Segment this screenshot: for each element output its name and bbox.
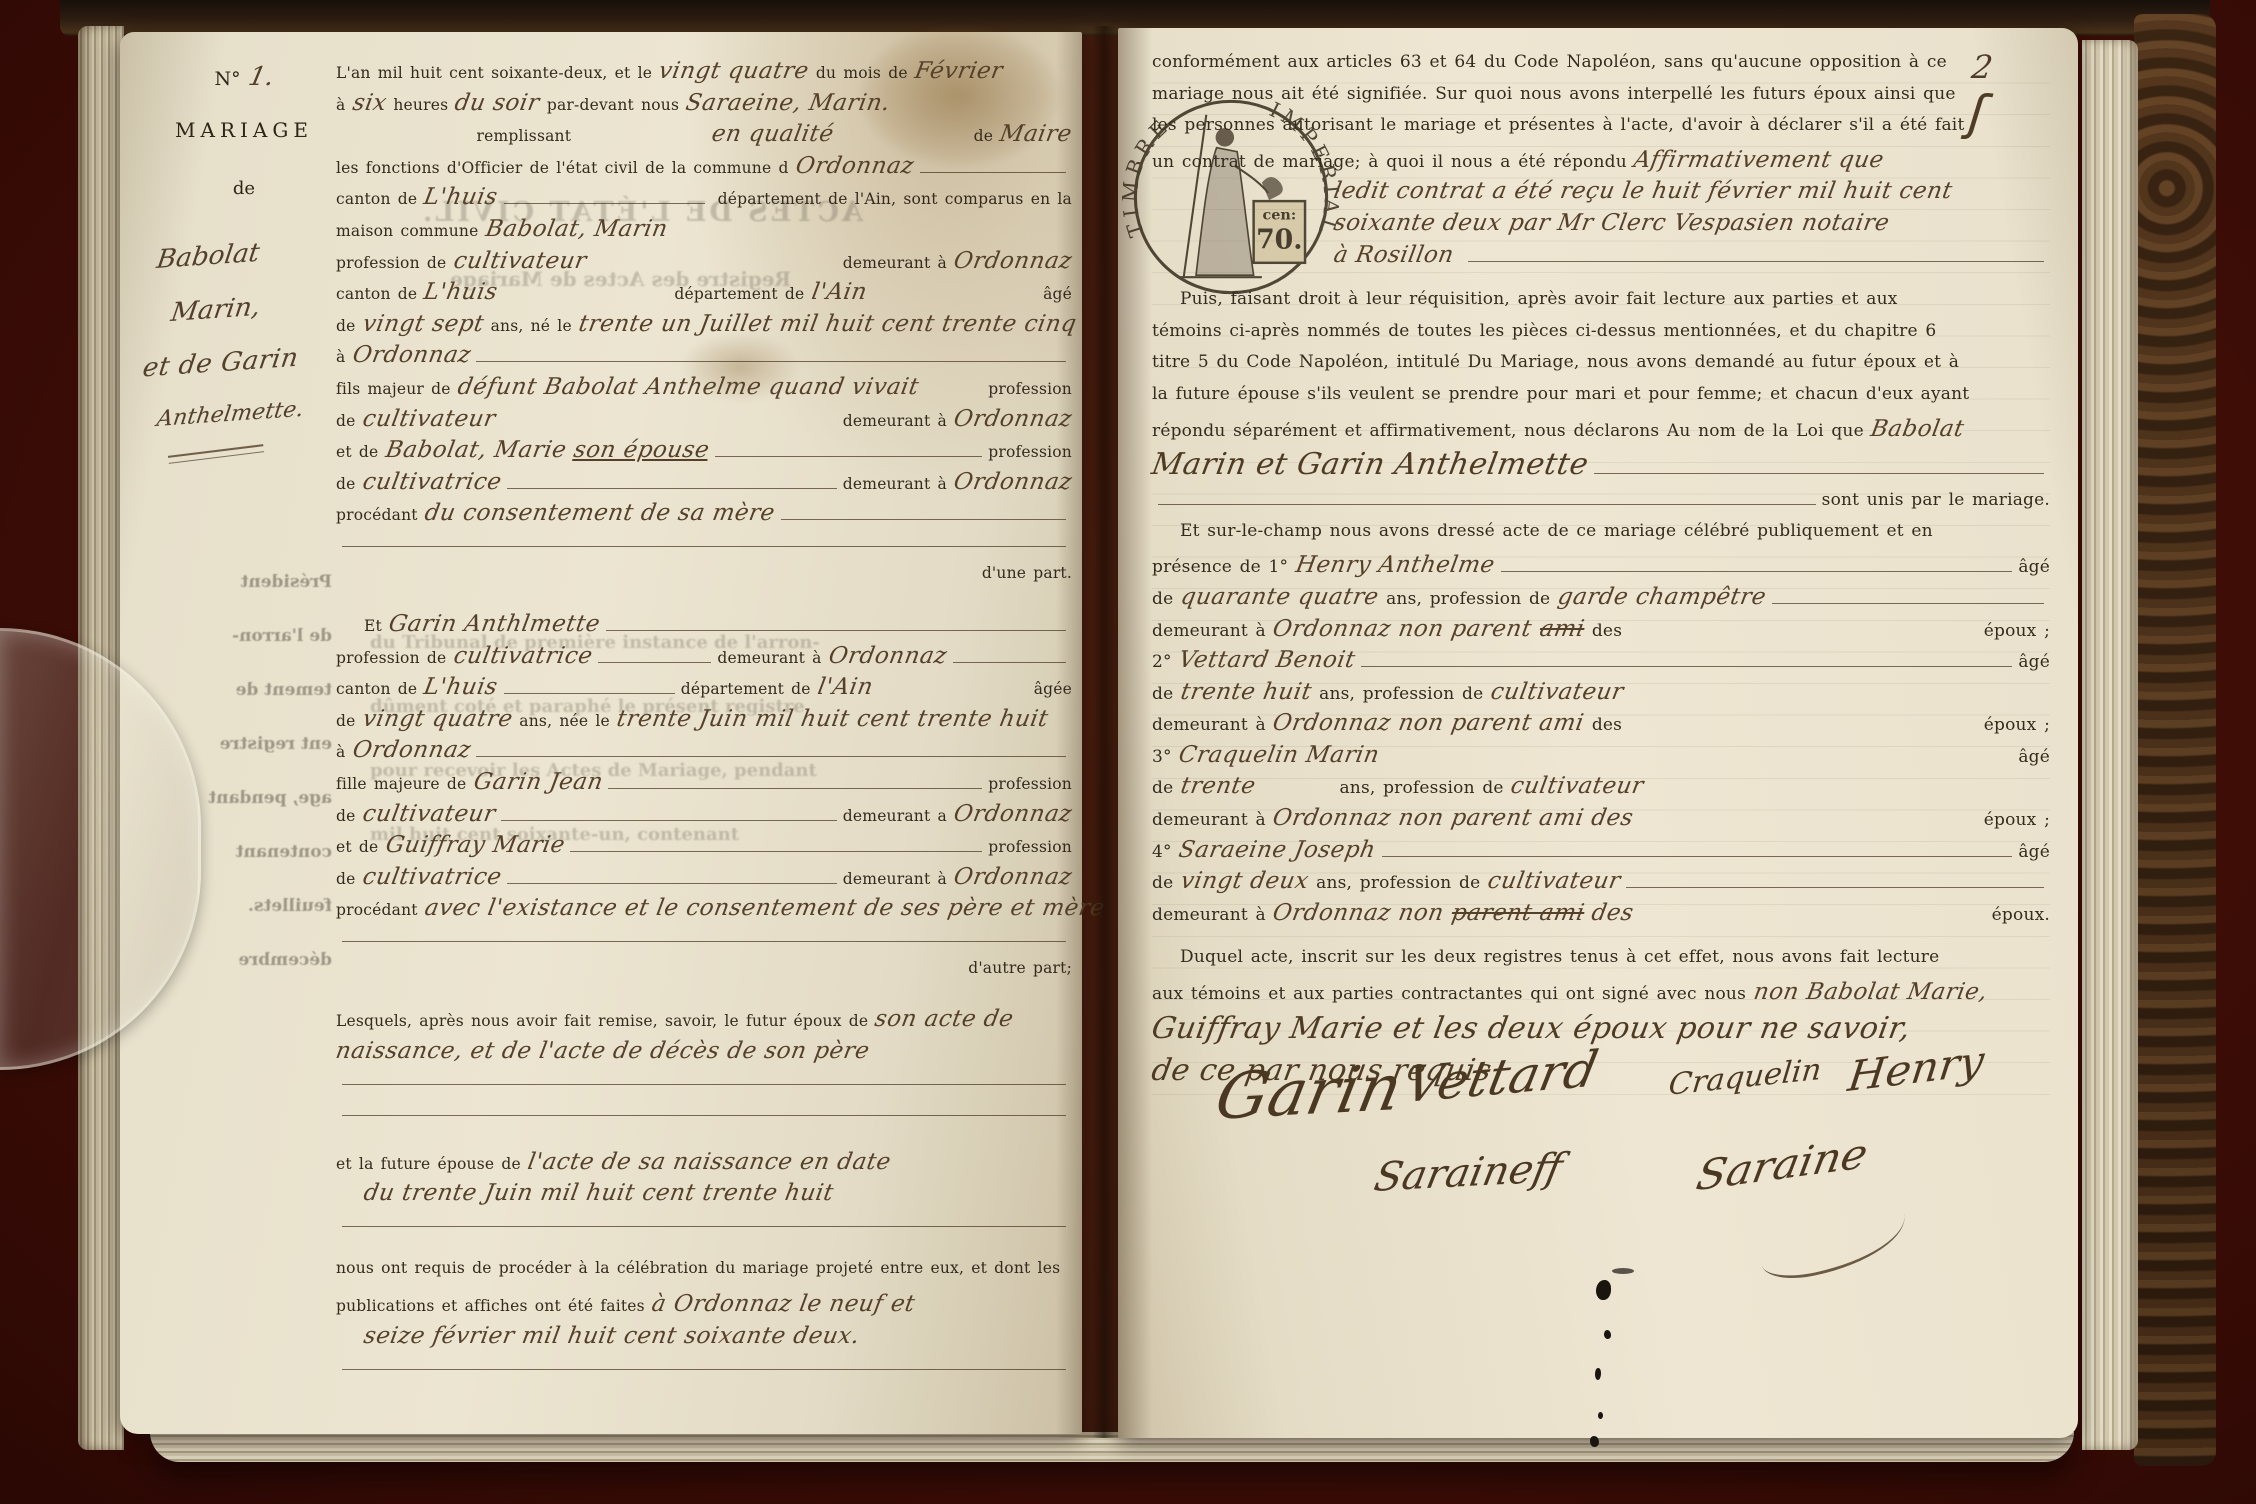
printed-text: demeurant à (843, 475, 954, 493)
signature-saraine: Saraine (1693, 1129, 1872, 1200)
printed-text: époux ; (1984, 715, 2050, 735)
handwritten-text: défunt Babolat Anthelme quand vivait (456, 374, 921, 400)
ink-rule (342, 1069, 1066, 1084)
handwritten-text: parent ami (1450, 900, 1587, 926)
text-line: à Rosillon (1152, 242, 2050, 274)
printed-text: 2° (1152, 652, 1179, 672)
handwritten-text: soixante deux par Mr Clerc Vespasien not… (1332, 210, 1892, 236)
printed-text: de (1152, 684, 1181, 704)
handwritten-text: Ordonnaz (793, 153, 915, 179)
margin-name: Babolat (155, 233, 333, 275)
ink-rule (1772, 589, 2044, 604)
printed-text: département de (674, 285, 811, 303)
ink-rule (507, 868, 837, 883)
margin-column: N° 1. MARIAGE de Babolat Marin, et de Ga… (158, 62, 330, 458)
text-line: Et Garin Anthlmette (336, 611, 1072, 643)
ink-rule (781, 505, 1066, 520)
printed-text: fille majeure de (336, 775, 474, 793)
text-line: de trenteans, profession de cultivateur (1152, 773, 2050, 805)
text-line: profession de cultivatricedemeurant à Or… (336, 643, 1072, 675)
act-title-preposition: de (158, 178, 330, 199)
handwritten-text: Marin et Garin Anthelmette (1149, 447, 1591, 482)
text-line: Lesquels, après nous avoir fait remise, … (336, 1006, 1072, 1038)
printed-text: de (336, 807, 363, 825)
text-line: maison commune Babolat, Marin (336, 216, 1072, 248)
printed-text: témoins ci-après nommés de toutes les pi… (1152, 321, 1936, 341)
signature-flourish (1753, 1193, 1913, 1286)
ink-rule (570, 837, 982, 852)
text-line: et la future épouse de l'acte de sa nais… (336, 1149, 1072, 1181)
printed-text: demeurant à (1152, 715, 1273, 735)
right-page-text: conformément aux articles 63 et 64 du Co… (1152, 52, 2050, 1095)
printed-text: demeurant à (1152, 621, 1273, 641)
printed-text: ans, profession de (1339, 778, 1511, 798)
printed-text: âgé (2018, 652, 2050, 672)
handwritten-text: à Rosillon (1332, 242, 1464, 268)
printed-text: des (1584, 715, 1622, 735)
handwritten-text: cultivatrice (451, 643, 594, 669)
handwritten-text: Henry Anthelme (1294, 552, 1497, 578)
margin-name: Anthelmette. (155, 395, 333, 432)
handwritten-text: Affirmativement que (1632, 147, 1886, 173)
ink-rule (476, 347, 1066, 362)
printed-text: âgé (2018, 842, 2050, 862)
printed-text: fils majeur de (336, 380, 458, 398)
printed-text: et de (336, 443, 386, 461)
text-line: présence de 1° Henry Anthelmeâgé (1152, 552, 2050, 584)
ink-rule (608, 774, 982, 789)
handwritten-text: Ordonnaz non parent ami (1271, 710, 1586, 736)
ink-blot (1598, 1412, 1603, 1419)
text-line: procédant du consentement de sa mère (336, 500, 1072, 532)
text-line: demeurant à Ordonnaz non parent ami desé… (1152, 900, 2050, 932)
text-line: d'une part. (336, 564, 1072, 596)
printed-text: titre 5 du Code Napoléon, intitulé Du Ma… (1152, 352, 1959, 372)
printed-text: époux ; (1984, 810, 2050, 830)
text-line: Duquel acte, inscrit sur les deux regist… (1152, 947, 2050, 979)
printed-text: aux témoins et aux parties contractantes… (1152, 984, 1754, 1004)
handwritten-text: cultivateur (1509, 773, 1646, 799)
printed-text: profession (988, 775, 1072, 793)
printed-text: profession (988, 443, 1072, 461)
handwritten-text: Craquelin Marin (1177, 742, 1382, 768)
handwritten-text: l'Ain (816, 674, 876, 700)
text-line: conformément aux articles 63 et 64 du Co… (1152, 52, 2050, 84)
text-line: soixante deux par Mr Clerc Vespasien not… (1152, 210, 2050, 242)
printed-text: Duquel acte, inscrit sur les deux regist… (1180, 947, 1939, 967)
printed-text: de (1152, 873, 1181, 893)
handwritten-text: Ordonnaz non (1271, 900, 1454, 926)
flourish (168, 444, 264, 464)
text-line: sont unis par le mariage. (1152, 489, 2050, 521)
text-line (336, 927, 1072, 959)
printed-text: canton de (336, 680, 424, 698)
handwritten-text: vingt quatre (657, 58, 811, 84)
text-line (336, 1354, 1072, 1386)
text-line: et de Babolat, Marie son épouseprofessio… (336, 437, 1072, 469)
printed-text: un contrat de mariage; à quoi il nous a … (1152, 152, 1634, 172)
handwritten-text: Ordonnaz non parent ami des (1271, 805, 1636, 831)
text-line (336, 1101, 1072, 1133)
text-line: titre 5 du Code Napoléon, intitulé Du Ma… (1152, 352, 2050, 384)
text-line: naissance, et de l'acte de décès de son … (336, 1038, 1072, 1070)
ink-rule (476, 742, 1066, 757)
handwritten-text: avec l'existance et le consentement de s… (423, 895, 1107, 921)
signature-saraineff: Saraineff (1370, 1145, 1566, 1201)
handwritten-text: Maire (998, 121, 1074, 147)
handwritten-text: cultivateur (1489, 679, 1626, 705)
handwritten-text: Ordonnaz (952, 469, 1074, 495)
text-line: de cultivateurdemeurant à Ordonnaz (336, 406, 1072, 438)
handwritten-text: Février (913, 58, 1005, 84)
printed-text: Et sur-le-champ nous avons dressé acte d… (1180, 521, 1933, 541)
margin-name: Marin, (155, 287, 333, 329)
handwritten-text: cultivatrice (360, 469, 503, 495)
printed-text: demeurant à (843, 254, 954, 272)
printed-text: demeurant a (843, 807, 954, 825)
printed-text: la future épouse s'ils veulent se prendr… (1152, 384, 1969, 404)
handwritten-text: L'huis (422, 674, 500, 700)
printed-text: du mois de (809, 64, 915, 82)
text-line: d'autre part; (336, 959, 1072, 991)
ink-rule (715, 442, 982, 457)
handwritten-text: Babolat (1869, 416, 1967, 442)
handwritten-text: Babolat, Marin (483, 216, 669, 242)
handwritten-text: l'acte de sa naissance en date (526, 1149, 893, 1175)
printed-text: de (336, 412, 363, 430)
ink-rule (1468, 246, 2044, 261)
text-line: à Ordonnaz (336, 342, 1072, 374)
text-line: répondu séparément et affirmativement, n… (1152, 416, 2050, 448)
ink-rule (920, 157, 1066, 172)
text-line: demeurant à Ordonnaz non parent ami desé… (1152, 616, 2050, 648)
text-line: Et sur-le-champ nous avons dressé acte d… (1152, 521, 2050, 553)
printed-text: de (974, 127, 1001, 145)
register-photo: ACTES DE L'ÉTAT CIVIL.Registre des Actes… (0, 0, 2256, 1504)
text-line: les personnes autorisant le mariage et p… (1152, 115, 2050, 147)
text-line: de vingt deux ans, profession de cultiva… (1152, 868, 2050, 900)
text-line: fille majeure de Garin Jeanprofession (336, 769, 1072, 801)
handwritten-text: naissance, et de l'acte de décès de son … (334, 1038, 872, 1064)
printed-text: demeurant à (1152, 905, 1273, 925)
printed-text: remplissant (476, 127, 571, 145)
signature-garin: Garin (1210, 1051, 1408, 1134)
handwritten-text: quarante quatre (1179, 584, 1381, 610)
handwritten-text: son épouse (571, 437, 711, 463)
left-page-text: L'an mil huit cent soixante-deux, et le … (336, 58, 1072, 1386)
text-line: de cultivatricedemeurant à Ordonnaz (336, 469, 1072, 501)
printed-text: à (336, 348, 353, 366)
text-line: 3° Craquelin Marinâgé (1152, 742, 2050, 774)
text-line (336, 1212, 1072, 1244)
ink-rule (342, 1354, 1066, 1369)
printed-text: ans, profession de (1378, 589, 1557, 609)
ink-rule (1501, 557, 2013, 572)
text-line: de cultivateurdemeurant a Ordonnaz (336, 801, 1072, 833)
handwritten-text: Ordonnaz (952, 248, 1074, 274)
printed-text: publications et affiches ont été faites (336, 1297, 652, 1315)
handwritten-text: du consentement de sa mère (423, 500, 777, 526)
printed-text: 3° (1152, 747, 1179, 767)
printed-text: procédant (336, 506, 425, 524)
printed-text: 4° (1152, 842, 1179, 862)
printed-text: maison commune (336, 222, 486, 240)
printed-text: procédant (336, 901, 425, 919)
printed-text: à (336, 743, 353, 761)
printed-text: âgé (2018, 557, 2050, 577)
handwritten-text: cultivateur (360, 406, 497, 432)
text-line: 2° Vettard Benoitâgé (1152, 647, 2050, 679)
printed-text: profession (988, 380, 1072, 398)
handwritten-text: Ordonnaz (952, 406, 1074, 432)
printed-text: canton de (336, 190, 424, 208)
printed-text: de (1152, 778, 1181, 798)
printed-text: département de l'Ain, sont comparus en l… (711, 190, 1073, 208)
printed-text: département de (681, 680, 818, 698)
printed-text: ans, profession de (1309, 873, 1488, 893)
text-line: publications et affiches ont été faites … (336, 1291, 1072, 1323)
printed-text: ans, profession de (1312, 684, 1491, 704)
printed-text: des (1584, 621, 1622, 641)
ink-rule (1361, 652, 2012, 667)
text-line: canton de L'huis département de l'Ain, s… (336, 184, 1072, 216)
printed-text: à (336, 96, 353, 114)
text-line: 4° Saraeine Josephâgé (1152, 837, 2050, 869)
ink-rule (1158, 489, 1816, 504)
handwritten-text: en qualité (709, 121, 835, 147)
printed-text: profession de (336, 254, 454, 272)
printed-text: mariage nous ait été signifiée. Sur quoi… (1152, 84, 1956, 104)
text-line: aux témoins et aux parties contractantes… (1152, 979, 2050, 1011)
printed-text: de (336, 870, 363, 888)
left-page: ACTES DE L'ÉTAT CIVIL.Registre des Actes… (120, 32, 1082, 1434)
printed-text: époux ; (1984, 621, 2050, 641)
handwritten-text: trente Juin mil huit cent trente huit (615, 706, 1051, 732)
printed-text: heures (386, 96, 455, 114)
handwritten-text: du trente Juin mil huit cent trente huit (362, 1180, 836, 1206)
text-line: de trente huit ans, profession de cultiv… (1152, 679, 2050, 711)
handwritten-text: ledit contrat a été reçu le huit février… (1332, 178, 1955, 204)
ink-blot (1604, 1330, 1611, 1339)
printed-text: ans, né le (483, 317, 579, 335)
handwritten-text: cultivatrice (360, 864, 503, 890)
printed-text: et la future épouse de (336, 1155, 528, 1173)
printed-text: Et (364, 617, 389, 635)
ink-rule (501, 805, 837, 820)
ink-rule (1626, 873, 2044, 888)
ink-rule (342, 1212, 1066, 1227)
printed-text: âgé (2018, 747, 2050, 767)
act-title: MARIAGE (158, 118, 330, 142)
handwritten-text: cultivateur (360, 801, 497, 827)
text-line (336, 532, 1072, 564)
printed-text: conformément aux articles 63 et 64 du Co… (1152, 52, 1947, 72)
handwritten-text: trente (1179, 773, 1258, 799)
printed-text: Lesquels, après nous avoir fait remise, … (336, 1012, 875, 1030)
bleed-through-word: tement de (146, 680, 332, 700)
text-line: et de Guiffray Marieprofession (336, 832, 1072, 864)
ink-rule (606, 616, 1066, 631)
handwritten-text: son acte de (873, 1006, 1016, 1032)
text-line: les fonctions d'Officier de l'état civil… (336, 153, 1072, 185)
text-line: nous ont requis de procéder à la célébra… (336, 1259, 1072, 1291)
text-line: canton de L'huisdépartement de l'Ainâgée (336, 674, 1072, 706)
text-line: la future épouse s'ils veulent se prendr… (1152, 384, 2050, 416)
text-line: canton de L'huisdépartement de l'Ainâgé (336, 279, 1072, 311)
text-line: du trente Juin mil huit cent trente huit (336, 1180, 1072, 1212)
printed-text: Puis, faisant droit à leur réquisition, … (1180, 289, 1898, 309)
printed-text: nous ont requis de procéder à la célébra… (336, 1259, 1060, 1277)
handwritten-text: Ordonnaz (350, 737, 472, 763)
handwritten-text: Garin Jean (471, 769, 605, 795)
handwritten-text: trente huit (1179, 679, 1314, 705)
act-number-label: N° (215, 68, 241, 90)
text-line: à Ordonnaz (336, 737, 1072, 769)
printed-text: d'une part. (982, 564, 1072, 582)
ink-rule (342, 927, 1066, 942)
handwritten-text: Saraeine, Marin. (684, 90, 893, 116)
printed-text: de (1152, 589, 1181, 609)
text-line: de cultivatricedemeurant à Ordonnaz (336, 864, 1072, 896)
handwritten-text: du soir (453, 90, 542, 116)
text-line: de vingt sept ans, né le trente un Juill… (336, 311, 1072, 343)
text-line: procédant avec l'existance et le consent… (336, 895, 1072, 927)
handwritten-text: Ordonnaz (350, 342, 472, 368)
ink-rule (342, 532, 1066, 547)
text-line: de quarante quatre ans, profession de ga… (1152, 584, 2050, 616)
handwritten-text: l'Ain (809, 279, 869, 305)
ink-rule (1594, 459, 2044, 474)
ink-rule (1382, 841, 2013, 856)
printed-text: de (336, 712, 363, 730)
book-cover-right-edge (2134, 14, 2216, 1466)
handwritten-text: vingt sept (360, 311, 485, 337)
handwritten-text: Guiffray Marie et les deux époux pour ne… (1149, 1011, 1913, 1046)
text-line: demeurant à Ordonnaz non parent ami desé… (1152, 805, 2050, 837)
handwritten-text: vingt deux (1179, 868, 1311, 894)
handwritten-text: des (1582, 900, 1636, 926)
handwritten-text: six (350, 90, 388, 116)
printed-text: par-devant nous (540, 96, 687, 114)
handwritten-text: cultivateur (1486, 868, 1623, 894)
ink-rule (504, 679, 675, 694)
handwritten-text: L'huis (422, 184, 500, 210)
handwritten-text: Garin Anthlmette (387, 611, 603, 637)
handwritten-text: Guiffray Marie (383, 832, 566, 858)
right-page: 2 ʃ TIMBRE IMPERIAL. cen: (1118, 28, 2078, 1438)
text-line: seize février mil huit cent soixante deu… (336, 1323, 1072, 1355)
printed-text: les fonctions d'Officier de l'état civil… (336, 159, 796, 177)
printed-text: âgée (1034, 680, 1072, 698)
act-number-value: 1. (245, 62, 276, 92)
text-line: demeurant à Ordonnaz non parent ami desé… (1152, 710, 2050, 742)
printed-text: sont unis par le mariage. (1822, 490, 2050, 510)
handwritten-text: Vettard Benoit (1177, 647, 1358, 673)
text-line: L'an mil huit cent soixante-deux, et le … (336, 58, 1072, 90)
printed-text: canton de (336, 285, 424, 303)
handwritten-text: Ordonnaz non parent (1271, 616, 1542, 642)
handwritten-text: Ordonnaz (826, 643, 948, 669)
printed-text: demeurant à (843, 870, 954, 888)
text-line: remplissanten qualitéde Maire (336, 121, 1072, 153)
ink-rule (507, 473, 837, 488)
bleed-through-word: Président (146, 572, 332, 592)
text-line: fils majeur de défunt Babolat Anthelme q… (336, 374, 1072, 406)
printed-text: profession (988, 838, 1072, 856)
ink-blot (1612, 1268, 1634, 1274)
act-number: N° 1. (158, 62, 330, 92)
ink-rule (504, 189, 705, 204)
ink-blot (1590, 1436, 1599, 1447)
handwritten-text: ami (1538, 616, 1587, 642)
printed-text: profession de (336, 649, 454, 667)
text-line: Puis, faisant droit à leur réquisition, … (1152, 289, 2050, 321)
handwritten-text: à Ordonnaz le neuf et (650, 1291, 917, 1317)
printed-text: répondu séparément et affirmativement, n… (1152, 421, 1871, 441)
ink-blot (1595, 1368, 1601, 1380)
printed-text: de (336, 475, 363, 493)
ink-blot (1596, 1280, 1611, 1300)
handwritten-text: Saraeine Joseph (1177, 837, 1378, 863)
printed-text: présence de 1° (1152, 557, 1296, 577)
ink-rule (953, 647, 1066, 662)
handwritten-text: trente un Juillet mil huit cent trente c… (577, 311, 1079, 337)
text-line: à six heures du soir par-devant nous Sar… (336, 90, 1072, 122)
text-line: ledit contrat a été reçu le huit février… (1152, 178, 2050, 210)
ink-rule (598, 647, 711, 662)
margin-name: et de Garin (141, 341, 334, 384)
text-line: témoins ci-après nommés de toutes les pi… (1152, 321, 2050, 353)
printed-text: d'autre part; (968, 959, 1072, 977)
handwritten-text: Ordonnaz (952, 864, 1074, 890)
printed-text: de (336, 317, 363, 335)
printed-text: époux. (1992, 905, 2050, 925)
handwritten-text: cultivateur (451, 248, 588, 274)
handwritten-text: L'huis (422, 279, 500, 305)
text-line: mariage nous ait été signifiée. Sur quoi… (1152, 84, 2050, 116)
text-line: de vingt quatre ans, née le trente Juin … (336, 706, 1072, 738)
printed-text: demeurant à (1152, 810, 1273, 830)
printed-text: âgé (1043, 285, 1072, 303)
ink-rule (342, 1101, 1066, 1116)
handwritten-text: non Babolat Marie, (1751, 979, 1989, 1005)
printed-text: les personnes autorisant le mariage et p… (1152, 115, 1964, 135)
printed-text: demeurant à (717, 649, 828, 667)
handwritten-text: seize février mil huit cent soixante deu… (362, 1323, 862, 1349)
handwritten-text: vingt quatre (360, 706, 514, 732)
handwritten-text: Ordonnaz (952, 801, 1074, 827)
printed-text: demeurant à (843, 412, 954, 430)
handwritten-text: garde champêtre (1556, 584, 1769, 610)
page-stack-right (2082, 40, 2138, 1450)
printed-text: et de (336, 838, 386, 856)
bleed-through-word: de l'arron- (146, 626, 332, 646)
text-line (336, 1069, 1072, 1101)
printed-text: L'an mil huit cent soixante-deux, et le (336, 64, 659, 82)
printed-text: ans, née le (512, 712, 617, 730)
text-line: Marin et Garin Anthelmette (1152, 447, 2050, 489)
handwritten-text: Babolat, Marie (383, 437, 576, 463)
text-line: profession de cultivateurdemeurant à Ord… (336, 248, 1072, 280)
text-line: un contrat de mariage; à quoi il nous a … (1152, 147, 2050, 179)
